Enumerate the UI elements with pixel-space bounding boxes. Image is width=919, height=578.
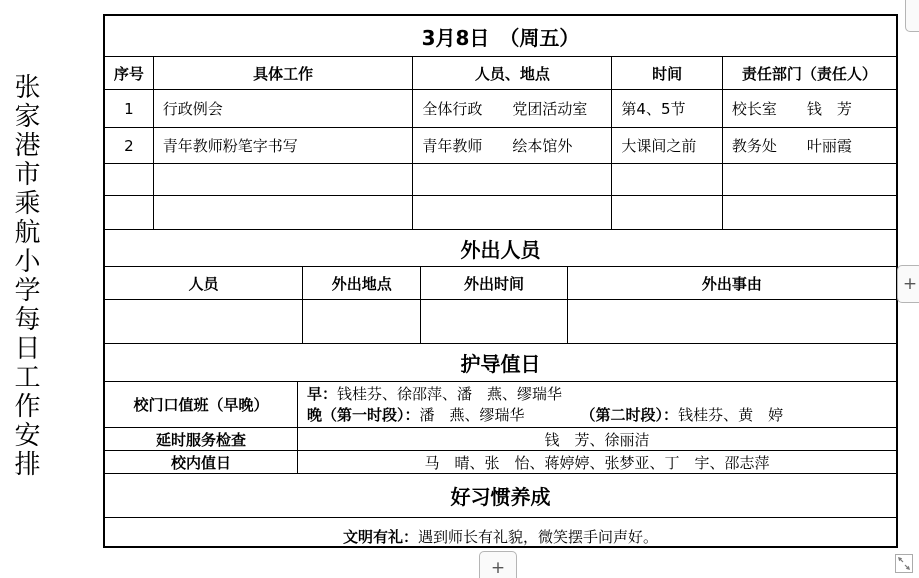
schedule-header-row: 序号 具体工作 人员、地点 时间 责任部门（责任人） [105,57,896,90]
cell-people[interactable]: 全体行政 党团活动室 [413,90,612,127]
plus-icon: + [491,558,505,578]
insert-row-right-button[interactable]: + [897,265,919,303]
habits-section-title[interactable]: 好习惯养成 [105,474,896,517]
header-work[interactable]: 具体工作 [154,57,414,89]
outings-header-row: 人员 外出地点 外出时间 外出事由 [105,267,896,300]
outings-header-place[interactable]: 外出地点 [303,267,421,299]
header-people[interactable]: 人员、地点 [413,57,612,89]
schedule-row [105,164,896,196]
outings-header-reason[interactable]: 外出事由 [568,267,896,299]
morning-names: 钱桂芬、徐邵萍、潘 燕、缪瑞华 [337,385,562,403]
table-resize-handle[interactable] [895,554,913,573]
cell-time[interactable]: 第4、5节 [612,90,722,127]
outings-header-person[interactable]: 人员 [105,267,303,299]
date-title-row: 3月8日 （周五） [105,16,896,57]
campus-duty-row: 校内值日 马 晴、张 怡、蒋婷婷、张梦亚、丁 宇、邵志萍 [105,451,896,474]
cell-time[interactable] [612,196,722,229]
gate-duty-value[interactable]: 早：钱桂芬、徐邵萍、潘 燕、缪瑞华 晚（第一时段）：潘 燕、缪瑞华（第二时段）：… [298,382,896,427]
cell-serial[interactable] [105,196,154,229]
daily-schedule-table: 3月8日 （周五） 序号 具体工作 人员、地点 时间 责任部门（责任人） 1 行… [103,14,898,548]
evening-slot2-names: 钱桂芬、黄 婷 [678,406,783,424]
header-serial[interactable]: 序号 [105,57,154,89]
cell-work[interactable]: 青年教师粉笔字书写 [154,128,414,163]
insert-column-button[interactable] [905,0,919,32]
vertical-document-title: 张家港市乘航小学每日工作安排 [9,73,41,485]
gate-duty-evening-line: 晚（第一时段）：潘 燕、缪瑞华（第二时段）：钱桂芬、黄 婷 [307,405,783,426]
cell-department[interactable]: 校长室 钱 芳 [723,90,896,127]
cell-people[interactable]: 青年教师 绘本馆外 [413,128,612,163]
cell-department[interactable]: 教务处 叶丽霞 [723,128,896,163]
cell-work[interactable] [154,164,414,195]
evening-slot2-label: （第二时段）： [581,406,679,424]
outings-header-time[interactable]: 外出时间 [421,267,567,299]
plus-icon: + [903,274,917,294]
schedule-row: 1 行政例会 全体行政 党团活动室 第4、5节 校长室 钱 芳 [105,90,896,128]
habits-content-text: 遇到师长有礼貌，微笑摆手问声好。 [418,526,658,547]
habits-section-row: 好习惯养成 [105,474,896,518]
delay-check-label[interactable]: 延时服务检查 [105,428,298,450]
gate-duty-morning-line: 早：钱桂芬、徐邵萍、潘 燕、缪瑞华 [307,384,562,405]
habits-content-label: 文明有礼： [343,526,418,547]
cell-work[interactable] [154,196,414,229]
header-department[interactable]: 责任部门（责任人） [723,57,896,89]
cell-serial[interactable] [105,164,154,195]
outings-row [105,300,896,344]
insert-row-bottom-button[interactable]: + [479,551,517,578]
delay-check-row: 延时服务检查 钱 芳、徐丽洁 [105,428,896,451]
cell-time[interactable] [612,164,722,195]
cell-people[interactable] [413,164,612,195]
cell-department[interactable] [723,196,896,229]
outings-section-title[interactable]: 外出人员 [105,230,896,266]
schedule-row [105,196,896,230]
duty-section-title[interactable]: 护导值日 [105,344,896,381]
date-title-cell[interactable]: 3月8日 （周五） [105,16,896,56]
gate-duty-label[interactable]: 校门口值班（早晚） [105,382,298,427]
outings-cell-place[interactable] [303,300,421,343]
outings-cell-reason[interactable] [568,300,896,343]
schedule-row: 2 青年教师粉笔字书写 青年教师 绘本馆外 大课间之前 教务处 叶丽霞 [105,128,896,164]
morning-label: 早： [307,385,337,403]
gate-duty-row: 校门口值班（早晚） 早：钱桂芬、徐邵萍、潘 燕、缪瑞华 晚（第一时段）：潘 燕、… [105,382,896,428]
habits-content-cell[interactable]: 文明有礼：遇到师长有礼貌，微笑摆手问声好。 [105,518,896,555]
cell-people[interactable] [413,196,612,229]
outings-section-row: 外出人员 [105,230,896,267]
outings-cell-time[interactable] [421,300,567,343]
campus-duty-label[interactable]: 校内值日 [105,451,298,473]
evening-slot1-names: 潘 燕、缪瑞华 [420,406,525,424]
cell-department[interactable] [723,164,896,195]
evening-slot1-label: 晚（第一时段）： [307,406,420,424]
campus-duty-value[interactable]: 马 晴、张 怡、蒋婷婷、张梦亚、丁 宇、邵志萍 [298,451,896,473]
cell-work[interactable]: 行政例会 [154,90,414,127]
delay-check-value[interactable]: 钱 芳、徐丽洁 [298,428,896,450]
header-time[interactable]: 时间 [612,57,722,89]
diagonal-resize-icon [896,555,912,572]
cell-serial[interactable]: 2 [105,128,154,163]
habits-content-row: 文明有礼：遇到师长有礼貌，微笑摆手问声好。 [105,518,896,555]
cell-time[interactable]: 大课间之前 [612,128,722,163]
cell-serial[interactable]: 1 [105,90,154,127]
duty-section-row: 护导值日 [105,344,896,382]
outings-cell-person[interactable] [105,300,303,343]
